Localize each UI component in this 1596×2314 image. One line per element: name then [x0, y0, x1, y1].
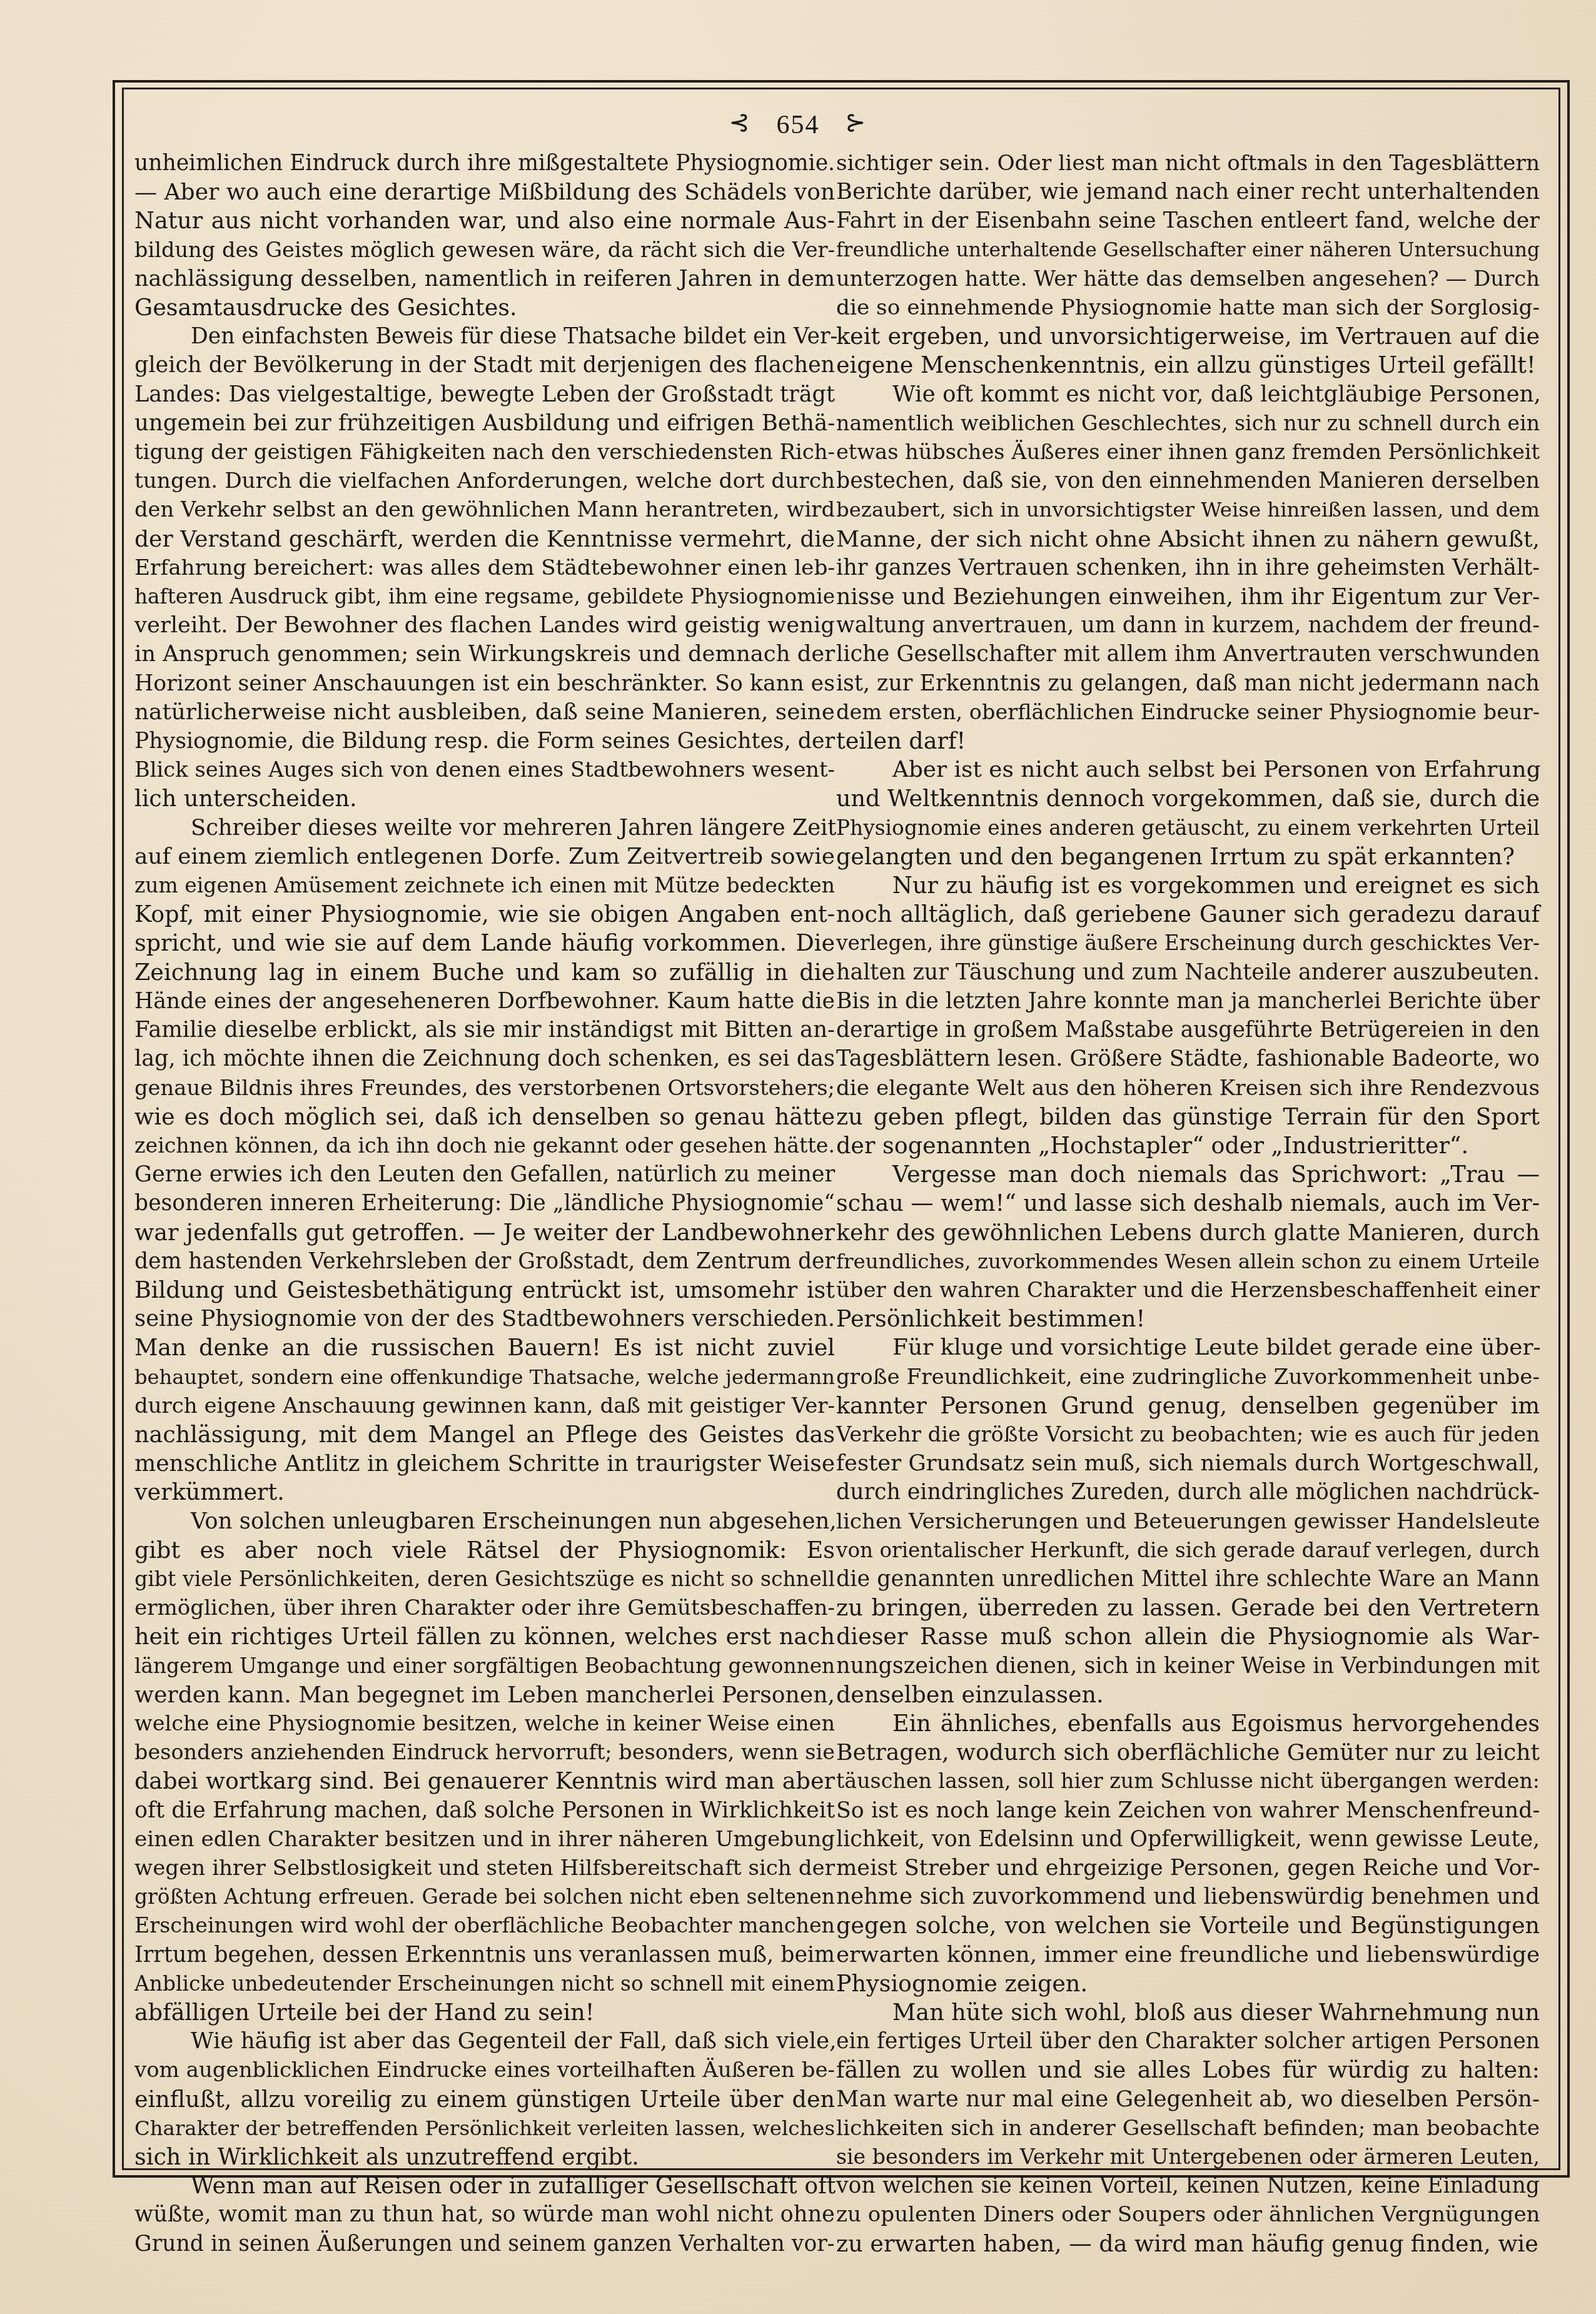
text-line: wie es doch möglich sei, daß ich denselb…: [134, 1103, 835, 1131]
text-line: schau — wem!“ und lasse sich deshalb nie…: [836, 1189, 1540, 1218]
text-line: war jedenfalls gut getroffen. — Je weite…: [134, 1218, 835, 1247]
text-line: etwas hübsches Äußeres einer ihnen ganz …: [836, 438, 1540, 467]
text-line: tigung der geistigen Fähigkeiten nach de…: [134, 438, 835, 467]
text-line: Persönlichkeit bestimmen!: [836, 1305, 1540, 1333]
paragraph: Für kluge und vorsichtige Leute bildet g…: [836, 1333, 1540, 1709]
text-line: menschliche Antlitz in gleichem Schritte…: [134, 1449, 835, 1478]
text-line: oft die Erfahrung machen, daß solche Per…: [134, 1796, 835, 1825]
text-line: werden kann. Man begegnet im Leben manch…: [134, 1680, 835, 1709]
text-line: ihr ganzes Vertrauen schenken, ihn in ih…: [836, 553, 1540, 582]
text-line: teilen darf!: [836, 727, 1540, 755]
text-line: lichkeiten sich in anderer Gesellschaft …: [836, 2114, 1540, 2143]
text-line: vom augenblicklichen Eindrucke eines vor…: [134, 2056, 835, 2084]
text-line: Aber ist es nicht auch selbst bei Person…: [836, 755, 1540, 784]
text-line: die genannten unredlichen Mittel ihre sc…: [836, 1565, 1540, 1594]
text-line: lichen Versicherungen und Beteuerungen g…: [836, 1507, 1540, 1536]
text-line: Physiognomie eines anderen getäuscht, zu…: [836, 814, 1540, 842]
text-line: Hände eines der angeseheneren Dorfbewohn…: [134, 987, 835, 1016]
text-line: nungszeichen dienen, sich in keiner Weis…: [836, 1652, 1540, 1680]
text-line: Bis in die letzten Jahre konnte man ja m…: [836, 987, 1540, 1016]
text-line: längerem Umgange und einer sorgfältigen …: [134, 1652, 835, 1680]
text-line: die elegante Welt aus den höheren Kreise…: [836, 1074, 1540, 1103]
paragraph: Nur zu häufig ist es vorgekommen und ere…: [836, 871, 1540, 1160]
paragraph: Vergesse man doch niemals das Sprichwort…: [836, 1160, 1540, 1333]
text-line: genaue Bildnis ihres Freundes, des verst…: [134, 1074, 835, 1103]
paragraph: Wie häufig ist aber das Gegenteil der Fa…: [134, 2027, 835, 2171]
text-line: in Anspruch genommen; sein Wirkungskreis…: [134, 640, 835, 669]
text-line: erwarten können, immer eine freundliche …: [836, 1941, 1540, 1969]
text-line: gegen solche, von welchen sie Vorteile u…: [836, 1911, 1540, 1940]
text-line: nisse und Beziehungen einweihen, ihm ihr…: [836, 582, 1540, 611]
paragraph: Wie oft kommt es nicht vor, daß leichtgl…: [836, 380, 1540, 756]
text-line: halten zur Täuschung und zum Nachteile a…: [836, 958, 1540, 987]
text-line: ungemein bei zur frühzeitigen Ausbildung…: [134, 409, 835, 438]
page-number: 654: [777, 111, 820, 139]
text-line: tungen. Durch die vielfachen Anforderung…: [134, 467, 835, 495]
text-line: nachlässigung desselben, namentlich in r…: [134, 265, 835, 293]
text-line: liche Gesellschafter mit allem ihm Anver…: [836, 640, 1540, 669]
text-line: ein fertiges Urteil über den Charakter s…: [836, 2027, 1540, 2056]
text-line: große Freundlichkeit, eine zudringliche …: [836, 1363, 1540, 1392]
left-column: unheimlichen Eindruck durch ihre mißgest…: [134, 149, 835, 2258]
paragraph: Ein ähnliches, ebenfalls aus Egoismus he…: [836, 1709, 1540, 1998]
text-line: dabei wortkarg sind. Bei genauerer Kennt…: [134, 1767, 835, 1796]
text-line: gleich der Bevölkerung in der Stadt mit …: [134, 351, 835, 380]
text-line: Physiognomie zeigen.: [836, 1969, 1540, 1998]
text-line: Man hüte sich wohl, bloß aus dieser Wahr…: [836, 1998, 1540, 2027]
text-line: behauptet, sondern eine offenkundige Tha…: [134, 1363, 835, 1392]
text-line: Gesamtausdrucke des Gesichtes.: [134, 293, 835, 322]
text-line: Landes: Das vielgestaltige, bewegte Lebe…: [134, 380, 835, 409]
text-line: noch alltäglich, daß geriebene Gauner si…: [836, 900, 1540, 929]
text-line: Tagesblättern lesen. Größere Städte, fas…: [836, 1044, 1540, 1073]
text-line: Man denke an die russischen Bauern! Es i…: [134, 1333, 835, 1362]
text-line: welche eine Physiognomie besitzen, welch…: [134, 1709, 835, 1738]
text-line: abfälligen Urteile bei der Hand zu sein!: [134, 1998, 835, 2027]
text-line: lag, ich möchte ihnen die Zeichnung doch…: [134, 1044, 835, 1073]
text-line: So ist es noch lange kein Zeichen von wa…: [836, 1796, 1540, 1825]
text-line: Nur zu häufig ist es vorgekommen und ere…: [836, 871, 1540, 900]
text-line: ermöglichen, über ihren Charakter oder i…: [134, 1594, 835, 1622]
text-line: Ein ähnliches, ebenfalls aus Egoismus he…: [836, 1709, 1540, 1738]
text-line: Zeichnung lag in einem Buche und kam so …: [134, 958, 835, 987]
text-line: wegen ihrer Selbstlosigkeit und steten H…: [134, 1854, 835, 1882]
text-line: wüßte, womit man zu thun hat, so würde m…: [134, 2200, 835, 2229]
text-line: meist Streber und ehrgeizige Personen, g…: [836, 1854, 1540, 1882]
text-line: Wie häufig ist aber das Gegenteil der Fa…: [134, 2027, 835, 2056]
text-line: eigene Menschenkenntnis, ein allzu günst…: [836, 351, 1540, 380]
text-line: hafteren Ausdruck gibt, ihm eine regsame…: [134, 582, 835, 611]
text-line: täuschen lassen, soll hier zum Schlusse …: [836, 1767, 1540, 1796]
text-line: der sogenannten „Hochstapler“ oder „Indu…: [836, 1131, 1540, 1160]
text-line: — Aber wo auch eine derartige Mißbildung…: [134, 178, 835, 206]
text-line: spricht, und wie sie auf dem Lande häufi…: [134, 929, 835, 957]
text-line: Betragen, wodurch sich oberflächliche Ge…: [836, 1738, 1540, 1767]
text-line: sichtiger sein. Oder liest man nicht oft…: [836, 149, 1540, 178]
text-line: zum eigenen Amüsement zeichnete ich eine…: [134, 871, 835, 900]
text-line: zeichnen können, da ich ihn doch nie gek…: [134, 1131, 835, 1160]
text-line: Horizont seiner Anschauungen ist ein bes…: [134, 669, 835, 698]
text-line: sie besonders im Verkehr mit Untergebene…: [836, 2143, 1540, 2171]
text-line: nehme sich zuvorkommend und liebenswürdi…: [836, 1882, 1540, 1911]
text-line: freundliche unterhaltende Gesellschafter…: [836, 236, 1540, 265]
text-line: Für kluge und vorsichtige Leute bildet g…: [836, 1333, 1540, 1362]
text-line: verleiht. Der Bewohner des flachen Lande…: [134, 611, 835, 640]
text-line: keit ergeben, und unvorsichtigerweise, i…: [836, 322, 1540, 351]
paragraph: Aber ist es nicht auch selbst bei Person…: [836, 755, 1540, 871]
text-line: den Verkehr selbst an den gewöhnlichen M…: [134, 495, 835, 524]
text-line: nachlässigung, mit dem Mangel an Pflege …: [134, 1420, 835, 1449]
text-line: unheimlichen Eindruck durch ihre mißgest…: [134, 149, 835, 178]
text-line: bildung des Geistes möglich gewesen wäre…: [134, 236, 835, 265]
page-header: ⊰ 654 ⊱: [0, 108, 1596, 140]
paragraph: Man hüte sich wohl, bloß aus dieser Wahr…: [836, 1998, 1540, 2258]
text-line: natürlicherweise nicht ausbleiben, daß s…: [134, 698, 835, 727]
text-line: Verkehr die größte Vorsicht zu beobachte…: [836, 1420, 1540, 1449]
text-line: die so einnehmende Physiognomie hatte ma…: [836, 293, 1540, 322]
text-line: waltung anvertrauen, um dann in kurzem, …: [836, 611, 1540, 640]
text-line: von welchen sie keinen Vorteil, keinen N…: [836, 2171, 1540, 2200]
text-line: durch eindringliches Zureden, durch alle…: [836, 1478, 1540, 1507]
paragraph: unheimlichen Eindruck durch ihre mißgest…: [134, 149, 835, 322]
text-line: der Verstand geschärft, werden die Kennt…: [134, 525, 835, 553]
text-line: einflußt, allzu voreilig zu einem günsti…: [134, 2085, 835, 2114]
text-line: Erfahrung bereichert: was alles dem Städ…: [134, 553, 835, 582]
text-line: Blick seines Auges sich von denen eines …: [134, 755, 835, 784]
text-line: sich in Wirklichkeit als unzutreffend er…: [134, 2143, 835, 2171]
text-line: durch eigene Anschauung gewinnen kann, d…: [134, 1392, 835, 1420]
text-line: Wenn man auf Reisen oder in zufälliger G…: [134, 2171, 835, 2200]
text-line: zu bringen, überreden zu lassen. Gerade …: [836, 1594, 1540, 1622]
text-line: bestechen, daß sie, von den einnehmenden…: [836, 467, 1540, 495]
text-line: seine Physiognomie von der des Stadtbewo…: [134, 1305, 835, 1333]
text-line: gibt es aber noch viele Rätsel der Physi…: [134, 1536, 835, 1565]
text-line: größten Achtung erfreuen. Gerade bei sol…: [134, 1882, 835, 1911]
text-line: ist, zur Erkenntnis zu gelangen, daß man…: [836, 669, 1540, 698]
text-line: Natur aus nicht vorhanden war, und also …: [134, 206, 835, 235]
text-line: Familie dieselbe erblickt, als sie mir i…: [134, 1016, 835, 1044]
right-column: sichtiger sein. Oder liest man nicht oft…: [836, 149, 1540, 2258]
paragraph: sichtiger sein. Oder liest man nicht oft…: [836, 149, 1540, 380]
text-line: Berichte darüber, wie jemand nach einer …: [836, 178, 1540, 206]
text-line: dem hastenden Verkehrsleben der Großstad…: [134, 1247, 835, 1276]
text-line: Physiognomie, die Bildung resp. die Form…: [134, 727, 835, 755]
text-line: bezaubert, sich in unvorsichtigster Weis…: [836, 495, 1540, 524]
ornament-left-icon: ⊰: [729, 108, 751, 137]
text-line: gibt viele Persönlichkeiten, deren Gesic…: [134, 1565, 835, 1594]
text-line: namentlich weiblichen Geschlechtes, sich…: [836, 409, 1540, 438]
text-line: Irrtum begehen, dessen Erkenntnis uns ve…: [134, 1941, 835, 1969]
text-line: fester Grundsatz sein muß, sich niemals …: [836, 1449, 1540, 1478]
text-line: einen edlen Charakter besitzen und in ih…: [134, 1825, 835, 1854]
text-line: Charakter der betreffenden Persönlichkei…: [134, 2114, 835, 2143]
text-line: heit ein richtiges Urteil fällen zu könn…: [134, 1622, 835, 1651]
paragraph: Den einfachsten Beweis für diese Thatsac…: [134, 322, 835, 813]
text-line: Erscheinungen wird wohl der oberflächlic…: [134, 1911, 835, 1940]
text-line: dem ersten, oberflächlichen Eindrucke se…: [836, 698, 1540, 727]
text-line: verlegen, ihre günstige äußere Erscheinu…: [836, 929, 1540, 957]
paragraph: Schreiber dieses weilte vor mehreren Jah…: [134, 814, 835, 1507]
text-line: Von solchen unleugbaren Erscheinungen nu…: [134, 1507, 835, 1536]
text-line: verkümmert.: [134, 1478, 835, 1507]
text-line: lichkeit, von Edelsinn und Opferwilligke…: [836, 1825, 1540, 1854]
text-line: Schreiber dieses weilte vor mehreren Jah…: [134, 814, 835, 842]
text-line: auf einem ziemlich entlegenen Dorfe. Zum…: [134, 842, 835, 871]
text-line: besonderen inneren Erheiterung: Die „län…: [134, 1189, 835, 1218]
text-line: fällen zu wollen und sie alles Lobes für…: [836, 2056, 1540, 2084]
text-line: derartige in großem Maßstabe ausgeführte…: [836, 1016, 1540, 1044]
paragraph: Von solchen unleugbaren Erscheinungen nu…: [134, 1507, 835, 2028]
text-line: zu erwarten haben, — da wird man häufig …: [836, 2230, 1540, 2258]
text-line: Manne, der sich nicht ohne Absicht ihnen…: [836, 525, 1540, 553]
ornament-right-icon: ⊱: [845, 108, 867, 137]
text-line: lich unterscheiden.: [134, 784, 835, 813]
text-line: zu geben pflegt, bilden das günstige Ter…: [836, 1103, 1540, 1131]
text-line: gelangten und den begangenen Irrtum zu s…: [836, 842, 1540, 871]
text-line: Man warte nur mal eine Gelegenheit ab, w…: [836, 2085, 1540, 2114]
paragraph: Wenn man auf Reisen oder in zufälliger G…: [134, 2171, 835, 2258]
text-line: Anblicke unbedeutender Erscheinungen nic…: [134, 1969, 835, 1998]
text-line: besonders anziehenden Eindruck hervorruf…: [134, 1738, 835, 1767]
text-line: Gerne erwies ich den Leuten den Gefallen…: [134, 1160, 835, 1189]
text-line: Bildung und Geistesbethätigung entrückt …: [134, 1276, 835, 1305]
text-line: Grund in seinen Äußerungen und seinem ga…: [134, 2230, 835, 2258]
text-line: kehr des gewöhnlichen Lebens durch glatt…: [836, 1218, 1540, 1247]
text-line: Vergesse man doch niemals das Sprichwort…: [836, 1160, 1540, 1189]
text-line: Fahrt in der Eisenbahn seine Taschen ent…: [836, 206, 1540, 235]
text-line: zu opulenten Diners oder Soupers oder äh…: [836, 2200, 1540, 2229]
text-line: dieser Rasse muß schon allein die Physio…: [836, 1622, 1540, 1651]
text-line: denselben einzulassen.: [836, 1680, 1540, 1709]
text-line: Wie oft kommt es nicht vor, daß leichtgl…: [836, 380, 1540, 409]
text-line: von orientalischer Herkunft, die sich ge…: [836, 1536, 1540, 1565]
text-line: Kopf, mit einer Physiognomie, wie sie ob…: [134, 900, 835, 929]
text-line: Den einfachsten Beweis für diese Thatsac…: [134, 322, 835, 351]
text-line: freundliches, zuvorkommendes Wesen allei…: [836, 1247, 1540, 1276]
text-line: unterzogen hatte. Wer hätte das demselbe…: [836, 265, 1540, 293]
text-line: über den wahren Charakter und die Herzen…: [836, 1276, 1540, 1305]
text-line: und Weltkenntnis dennoch vorgekommen, da…: [836, 784, 1540, 813]
text-line: kannter Personen Grund genug, denselben …: [836, 1392, 1540, 1420]
